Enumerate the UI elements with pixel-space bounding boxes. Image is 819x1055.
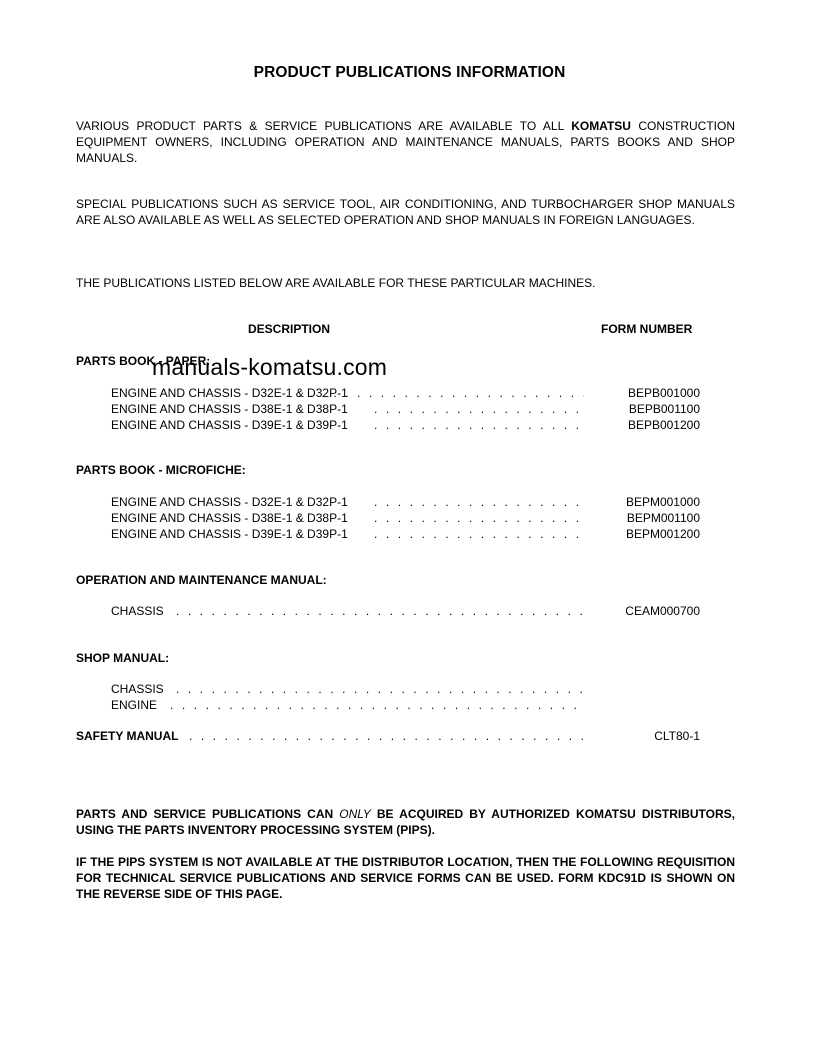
leader-dots: . . . . . . . . . . . . . . . . . . . . … <box>374 402 584 416</box>
intro-paragraph-2: SPECIAL PUBLICATIONS SUCH AS SERVICE TOO… <box>76 196 735 228</box>
form-number: BEPM001100 <box>627 511 700 525</box>
form-number: BEPM001000 <box>626 495 700 509</box>
section-heading-parts-book-microfiche: PARTS BOOK - MICROFICHE: <box>76 463 246 477</box>
publication-description: ENGINE <box>111 698 157 712</box>
leader-dots: . . . . . . . . . . . . . . . . . . . . … <box>274 386 584 400</box>
publication-description: ENGINE AND CHASSIS - D32E-1 & D32P-1 <box>111 495 348 509</box>
publication-row: ENGINE AND CHASSIS - D39E-1 & D39P-1 . .… <box>111 527 700 543</box>
footer-text: PARTS AND SERVICE PUBLICATIONS CAN <box>76 807 339 821</box>
publication-row: CHASSIS . . . . . . . . . . . . . . . . … <box>111 604 700 620</box>
publication-row: ENGINE AND CHASSIS - D32E-1 & D32P-1 . .… <box>111 386 700 402</box>
safety-manual-row: SAFETY MANUAL . . . . . . . . . . . . . … <box>76 729 700 745</box>
publication-description: ENGINE AND CHASSIS - D38E-1 & D38P-1 <box>111 402 348 416</box>
intro-paragraph-1: VARIOUS PRODUCT PARTS & SERVICE PUBLICAT… <box>76 118 735 166</box>
publication-description: CHASSIS <box>111 682 164 696</box>
leader-dots: . . . . . . . . . . . . . . . . . . . . … <box>374 527 584 541</box>
publication-row: CHASSIS . . . . . . . . . . . . . . . . … <box>111 682 700 698</box>
form-number: CLT80-1 <box>654 729 700 743</box>
form-number: BEPB001100 <box>629 402 700 416</box>
section-heading-operation-maintenance: OPERATION AND MAINTENANCE MANUAL: <box>76 573 327 587</box>
footer-paragraph-2: IF THE PIPS SYSTEM IS NOT AVAILABLE AT T… <box>76 854 735 902</box>
leader-dots: . . . . . . . . . . . . . . . . . . . . … <box>189 729 584 743</box>
publication-description: ENGINE AND CHASSIS - D39E-1 & D39P-1 <box>111 527 348 541</box>
publication-row: ENGINE AND CHASSIS - D38E-1 & D38P-1 . .… <box>111 402 700 418</box>
publication-row: ENGINE AND CHASSIS - D32E-1 & D32P-1 . .… <box>111 495 700 511</box>
publication-row: ENGINE AND CHASSIS - D38E-1 & D38P-1 . .… <box>111 511 700 527</box>
publication-row: ENGINE . . . . . . . . . . . . . . . . .… <box>111 698 700 714</box>
watermark: manuals-komatsu.com <box>152 354 387 381</box>
leader-dots: . . . . . . . . . . . . . . . . . . . . … <box>374 495 584 509</box>
intro-text: VARIOUS PRODUCT PARTS & SERVICE PUBLICAT… <box>76 119 571 133</box>
publication-description: SAFETY MANUAL <box>76 729 178 743</box>
section-heading-shop-manual: SHOP MANUAL: <box>76 651 169 665</box>
publication-row: ENGINE AND CHASSIS - D39E-1 & D39P-1 . .… <box>111 418 700 434</box>
form-number: BEPM001200 <box>626 527 700 541</box>
form-number: BEPB001200 <box>628 418 700 432</box>
publication-description: CHASSIS <box>111 604 164 618</box>
footer-paragraph-1: PARTS AND SERVICE PUBLICATIONS CAN ONLY … <box>76 806 735 838</box>
column-header-description: DESCRIPTION <box>248 322 330 336</box>
leader-dots: . . . . . . . . . . . . . . . . . . . . … <box>374 511 584 525</box>
column-header-form-number: FORM NUMBER <box>601 322 692 336</box>
emphasis-only: ONLY <box>339 807 371 821</box>
leader-dots: . . . . . . . . . . . . . . . . . . . . … <box>176 604 584 618</box>
publication-description: ENGINE AND CHASSIS - D39E-1 & D39P-1 <box>111 418 348 432</box>
page-title: PRODUCT PUBLICATIONS INFORMATION <box>0 64 819 82</box>
brand-name: KOMATSU <box>571 119 631 133</box>
intro-paragraph-3: THE PUBLICATIONS LISTED BELOW ARE AVAILA… <box>76 275 735 291</box>
publication-description: ENGINE AND CHASSIS - D38E-1 & D38P-1 <box>111 511 348 525</box>
leader-dots: . . . . . . . . . . . . . . . . . . . . … <box>176 682 584 696</box>
leader-dots: . . . . . . . . . . . . . . . . . . . . … <box>170 698 584 712</box>
form-number: CEAM000700 <box>625 604 700 618</box>
form-number: BEPB001000 <box>628 386 700 400</box>
leader-dots: . . . . . . . . . . . . . . . . . . . . … <box>374 418 584 432</box>
